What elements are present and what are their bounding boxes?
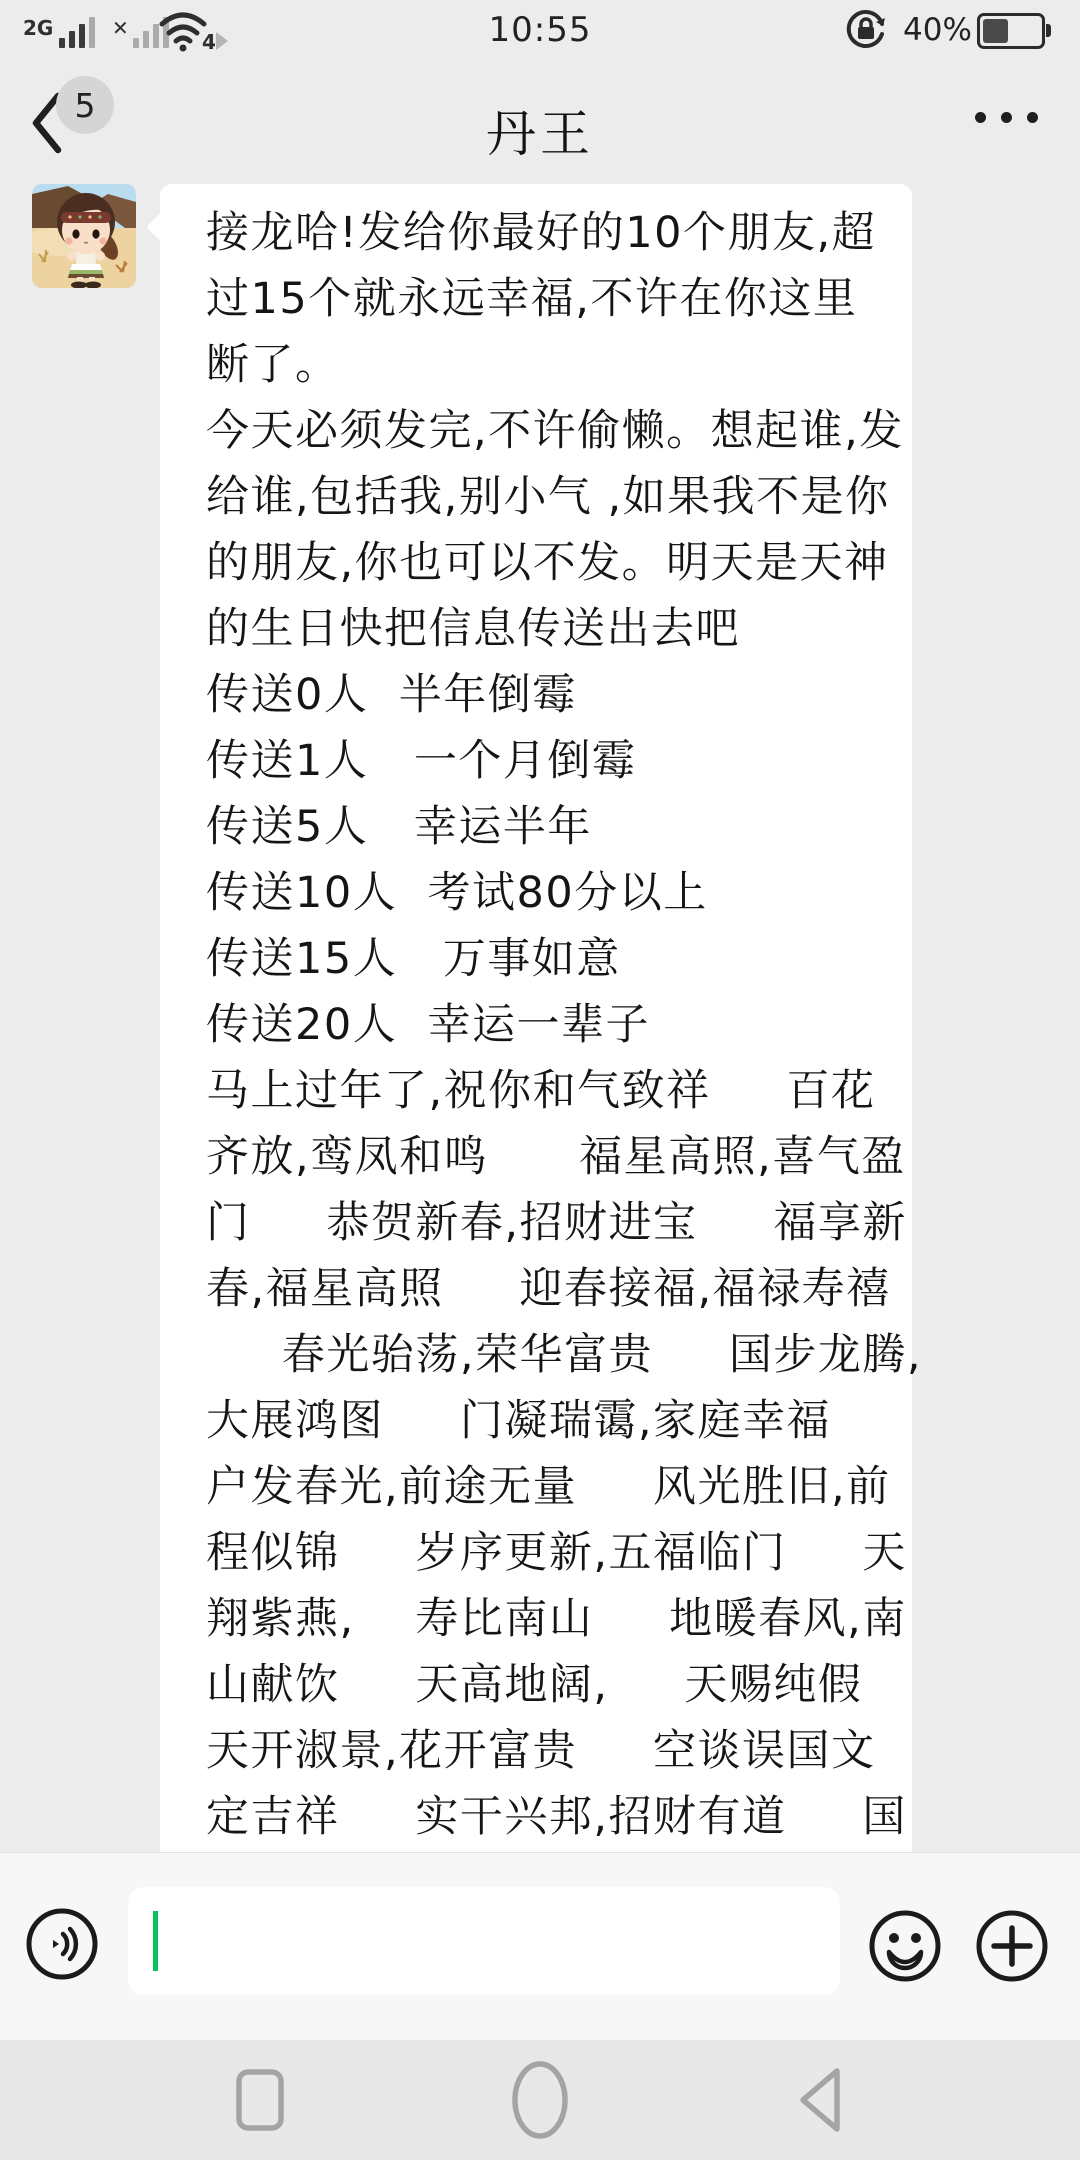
message-line: 传送10人 考试80分以上 xyxy=(206,860,882,926)
message-line: 传送5人 幸运半年 xyxy=(206,794,882,860)
message-line: 春光骀荡,荣华富贵 国步龙腾, xyxy=(206,1322,882,1388)
message-line: 天开淑景,花开富贵 空谈误国文 xyxy=(206,1718,882,1784)
emoji-button[interactable] xyxy=(867,1908,943,1984)
text-caret xyxy=(153,1911,158,1971)
message-line: 接龙哈!发给你最好的10个朋友,超 xyxy=(206,200,882,266)
message-line: 传送1人 一个月倒霉 xyxy=(206,728,882,794)
recents-button[interactable] xyxy=(180,2040,340,2160)
message-list[interactable]: 接龙哈!发给你最好的10个朋友,超过15个就永远幸福,不许在你这里断了。今天必须… xyxy=(0,182,1080,1852)
message-line: 传送0人 半年倒霉 xyxy=(206,662,882,728)
rotation-lock-icon xyxy=(843,7,889,57)
avatar-cartoon-image xyxy=(32,184,136,288)
message-line: 程似锦 岁序更新,五福临门 天 xyxy=(206,1520,882,1586)
home-button[interactable] xyxy=(460,2040,620,2160)
plus-icon xyxy=(974,1908,1050,1984)
bubble-tail xyxy=(146,211,177,242)
message-line: 的生日快把信息传送出去吧 xyxy=(206,596,882,662)
message-line: 门 恭贺新春,招财进宝 福享新 xyxy=(206,1190,882,1256)
message-line: 断了。 xyxy=(206,332,882,398)
message-line: 传送15人 万事如意 xyxy=(206,926,882,992)
message-line: 定吉祥 实干兴邦,招财有道 国 xyxy=(206,1784,882,1850)
triangle-left-icon xyxy=(795,2065,845,2135)
message-line: 翔紫燕, 寿比南山 地暖春风,南 xyxy=(206,1586,882,1652)
message-line: 春,福星高照 迎春接福,福禄寿禧 xyxy=(206,1256,882,1322)
circle-icon xyxy=(510,2060,570,2140)
message-line: 户发春光,前途无量 风光胜旧,前 xyxy=(206,1454,882,1520)
message-bubble[interactable]: 接龙哈!发给你最好的10个朋友,超过15个就永远幸福,不许在你这里断了。今天必须… xyxy=(160,184,912,1852)
message-text: 接龙哈!发给你最好的10个朋友,超过15个就永远幸福,不许在你这里断了。今天必须… xyxy=(206,200,882,1850)
message-input[interactable] xyxy=(128,1887,840,1995)
wechat-chat-screen: 2G ✕ 4 10:55 xyxy=(0,0,1080,2160)
more-functions-button[interactable] xyxy=(974,1908,1050,1984)
message-line: 大展鸿图 门凝瑞霭,家庭幸福 xyxy=(206,1388,882,1454)
chat-nav-bar: 5 丹王 xyxy=(0,60,1080,182)
battery-percent-label: 40% xyxy=(903,12,972,48)
message-line: 的朋友,你也可以不发。明天是天神 xyxy=(206,530,882,596)
android-navigation-bar xyxy=(0,2040,1080,2160)
voice-message-button[interactable] xyxy=(26,1908,98,1980)
chat-input-bar xyxy=(0,1852,1080,2040)
contact-avatar[interactable] xyxy=(32,184,136,288)
more-menu-button[interactable] xyxy=(975,112,1038,123)
message-line: 传送20人 幸运一辈子 xyxy=(206,992,882,1058)
message-line: 今天必须发完,不许偷懒。想起谁,发 xyxy=(206,398,882,464)
smiley-icon xyxy=(867,1908,943,1984)
message-line: 过15个就永远幸福,不许在你这里 xyxy=(206,266,882,332)
square-icon xyxy=(236,2069,284,2131)
message-line: 给谁,包括我,别小气 ,如果我不是你 xyxy=(206,464,882,530)
message-line: 山献饮 天高地阔, 天赐纯假 xyxy=(206,1652,882,1718)
back-nav-button[interactable] xyxy=(740,2040,900,2160)
message-line: 齐放,鸾凤和鸣 福星高照,喜气盈 xyxy=(206,1124,882,1190)
chat-title: 丹王 xyxy=(0,94,1080,166)
status-bar: 2G ✕ 4 10:55 xyxy=(0,0,1080,60)
battery-icon xyxy=(977,13,1045,49)
message-line: 马上过年了,祝你和气致祥 百花 xyxy=(206,1058,882,1124)
